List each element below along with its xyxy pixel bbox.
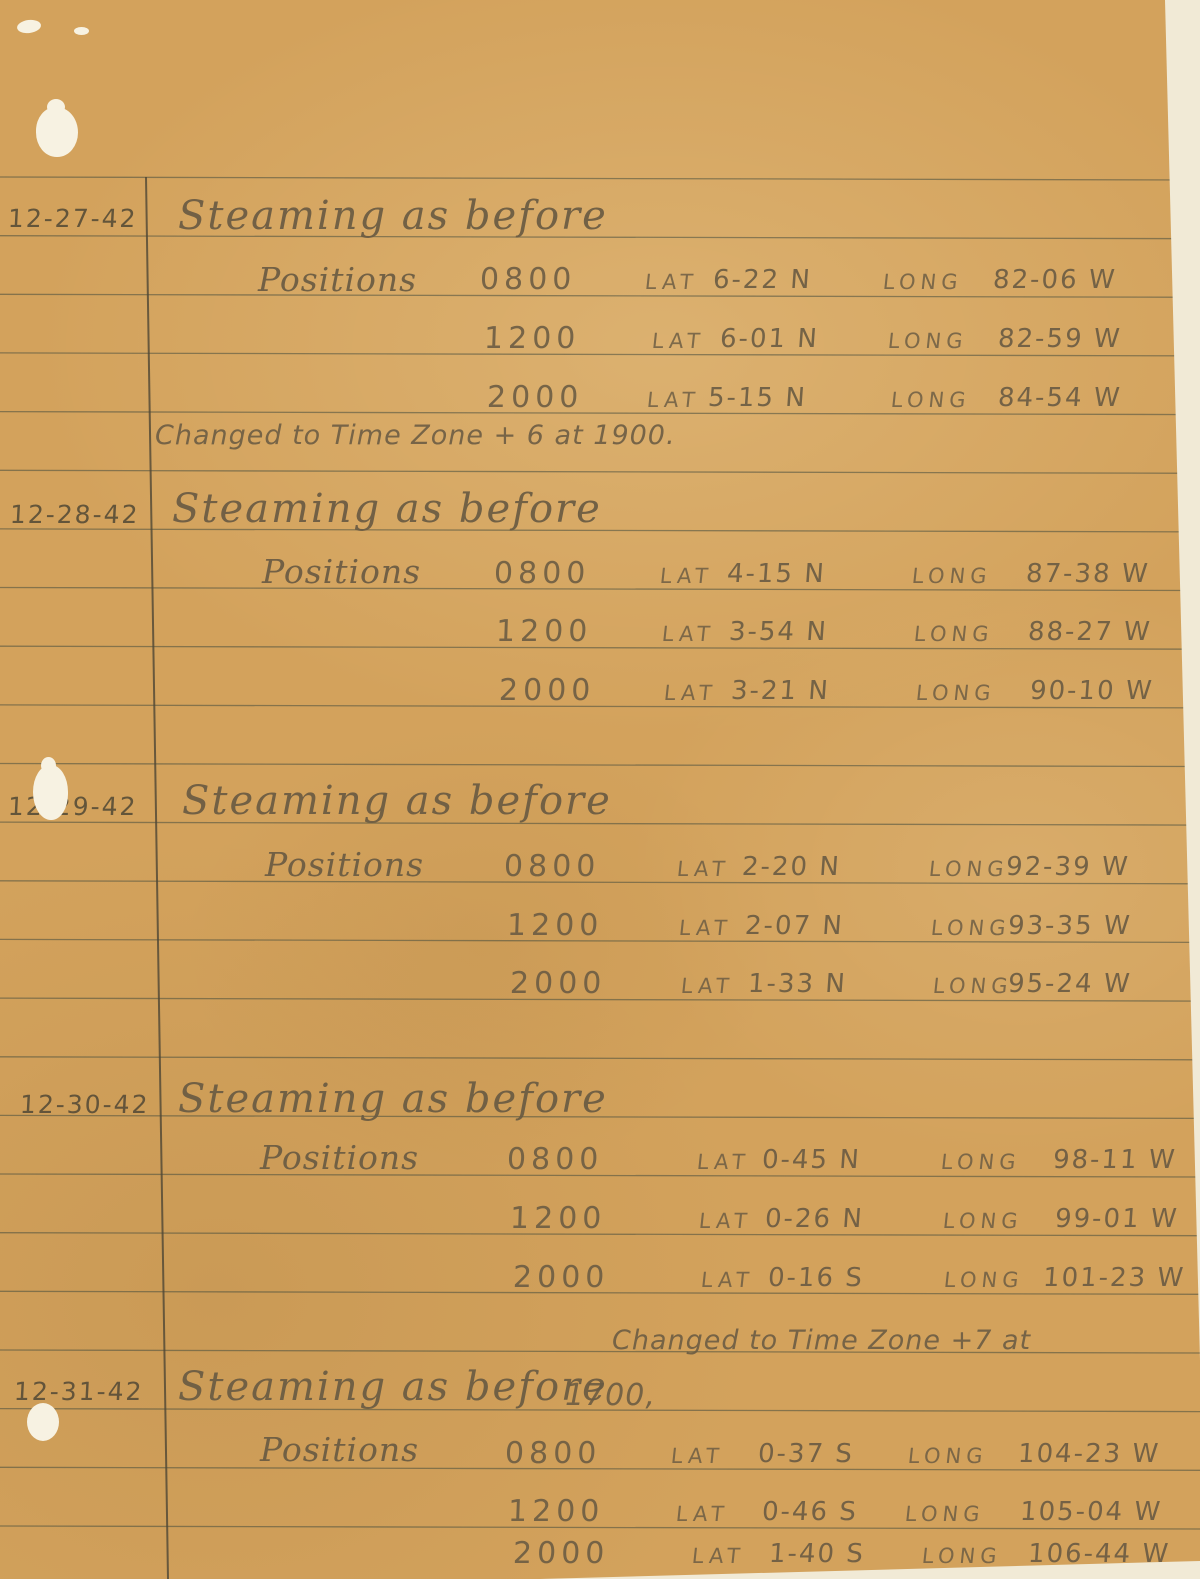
lat-label: LAT xyxy=(646,388,701,412)
lat-label: LAT xyxy=(696,1150,751,1174)
time-value: 2000 xyxy=(512,1260,610,1295)
time-value: 0800 xyxy=(504,1436,602,1471)
long-label: LONG xyxy=(940,1150,1022,1174)
lat-value: 2-20 N xyxy=(741,852,842,882)
lat-value: 1-33 N xyxy=(747,969,848,999)
lat-value: 0-16 S xyxy=(767,1263,865,1293)
long-value: 101-23 W xyxy=(1042,1263,1186,1293)
lat-value: 0-46 S xyxy=(761,1497,859,1527)
entry-date: 12-28-42 xyxy=(9,500,140,529)
long-label: LONG xyxy=(921,1544,1003,1568)
lat-value: 6-01 N xyxy=(719,324,820,354)
lat-label: LAT xyxy=(675,1502,730,1526)
long-value: 87-38 W xyxy=(1025,559,1151,589)
entry-activity: Steaming as before xyxy=(172,486,602,532)
long-label: LONG xyxy=(930,916,1012,940)
entry-date: 12-31-42 xyxy=(13,1377,144,1406)
time-value: 1200 xyxy=(506,908,604,943)
time-value: 1200 xyxy=(509,1201,607,1236)
positions-label: Positions xyxy=(260,1430,419,1469)
long-value: 88-27 W xyxy=(1027,617,1153,647)
margin-line xyxy=(146,177,168,1579)
time-value: 2000 xyxy=(512,1536,610,1571)
long-label: LONG xyxy=(911,564,993,588)
long-label: LONG xyxy=(943,1268,1025,1292)
timezone-note-line1: Changed to Time Zone +7 at xyxy=(612,1325,1031,1356)
lat-label: LAT xyxy=(680,974,735,998)
long-value: 104-23 W xyxy=(1017,1439,1161,1469)
long-label: LONG xyxy=(907,1444,989,1468)
long-value: 93-35 W xyxy=(1007,911,1133,941)
long-label: LONG xyxy=(890,388,972,412)
time-value: 0800 xyxy=(503,849,601,884)
entry-date: 12-27-42 xyxy=(7,204,138,233)
lat-value: 3-54 N xyxy=(728,617,829,647)
time-value: 1200 xyxy=(483,321,581,356)
entry-activity: Steaming as before xyxy=(182,778,612,824)
long-label: LONG xyxy=(928,857,1010,881)
hole-punch xyxy=(27,1403,59,1441)
lat-value: 2-07 N xyxy=(744,911,845,941)
long-value: 99-01 W xyxy=(1054,1204,1180,1234)
entry-date: 12-30-42 xyxy=(19,1090,150,1119)
long-value: 84-54 W xyxy=(997,383,1123,413)
log-page: 12-27-42 Steaming as before Positions 08… xyxy=(0,0,1200,1579)
long-value: 98-11 W xyxy=(1052,1145,1178,1175)
ruled-line xyxy=(0,588,1200,591)
lat-label: LAT xyxy=(698,1209,753,1233)
positions-label: Positions xyxy=(260,1138,419,1177)
lat-value: 1-40 S xyxy=(768,1539,866,1569)
long-label: LONG xyxy=(887,329,969,353)
long-label: LONG xyxy=(942,1209,1024,1233)
lat-label: LAT xyxy=(661,622,716,646)
hole-punch xyxy=(47,99,65,115)
time-value: 0800 xyxy=(493,556,591,591)
ruled-line xyxy=(0,177,1200,180)
lat-value: 0-26 N xyxy=(764,1204,865,1234)
long-value: 105-04 W xyxy=(1019,1497,1163,1527)
timezone-note: Changed to Time Zone + 6 at 1900. xyxy=(155,420,676,451)
lat-value: 4-15 N xyxy=(726,559,827,589)
paper-scuff xyxy=(74,27,89,35)
time-value: 2000 xyxy=(486,380,584,415)
long-label: LONG xyxy=(913,622,995,646)
long-label: LONG xyxy=(904,1502,986,1526)
entry-date: 12-29-42 xyxy=(7,792,138,821)
ruled-line xyxy=(0,764,1200,767)
long-label: LONG xyxy=(932,974,1014,998)
hole-punch xyxy=(41,757,56,774)
ruled-line xyxy=(0,1057,1200,1060)
lat-label: LAT xyxy=(644,270,699,294)
time-value: 1200 xyxy=(495,614,593,649)
ruled-line xyxy=(0,646,1200,649)
lat-label: LAT xyxy=(651,329,706,353)
long-label: LONG xyxy=(915,681,997,705)
time-value: 1200 xyxy=(507,1494,605,1529)
positions-label: Positions xyxy=(265,845,424,884)
ruled-line xyxy=(0,705,1200,708)
entry-activity: Steaming as before xyxy=(178,1076,608,1122)
lat-value: 5-15 N xyxy=(707,383,808,413)
lat-label: LAT xyxy=(700,1268,755,1292)
long-label: LONG xyxy=(882,270,964,294)
time-value: 2000 xyxy=(498,673,596,708)
long-value: 82-59 W xyxy=(997,324,1123,354)
long-value: 95-24 W xyxy=(1007,969,1133,999)
lat-label: LAT xyxy=(659,564,714,588)
entry-activity: Steaming as before xyxy=(178,193,608,239)
long-value: 82-06 W xyxy=(992,265,1118,295)
lat-label: LAT xyxy=(678,916,733,940)
lat-value: 6-22 N xyxy=(712,265,813,295)
lat-value: 3-21 N xyxy=(730,676,831,706)
lat-label: LAT xyxy=(676,857,731,881)
time-value: 2000 xyxy=(509,966,607,1001)
lat-value: 0-37 S xyxy=(757,1439,855,1469)
lat-label: LAT xyxy=(663,681,718,705)
timezone-note-line2: 1700, xyxy=(565,1378,656,1413)
time-value: 0800 xyxy=(479,262,577,297)
entry-activity: Steaming as before xyxy=(178,1364,608,1410)
lat-value: 0-45 N xyxy=(761,1145,862,1175)
long-value: 92-39 W xyxy=(1005,852,1131,882)
lat-label: LAT xyxy=(691,1544,746,1568)
lat-label: LAT xyxy=(670,1444,725,1468)
long-value: 90-10 W xyxy=(1029,676,1155,706)
time-value: 0800 xyxy=(506,1142,604,1177)
positions-label: Positions xyxy=(258,260,417,299)
ruled-line xyxy=(0,470,1200,473)
positions-label: Positions xyxy=(262,552,421,591)
